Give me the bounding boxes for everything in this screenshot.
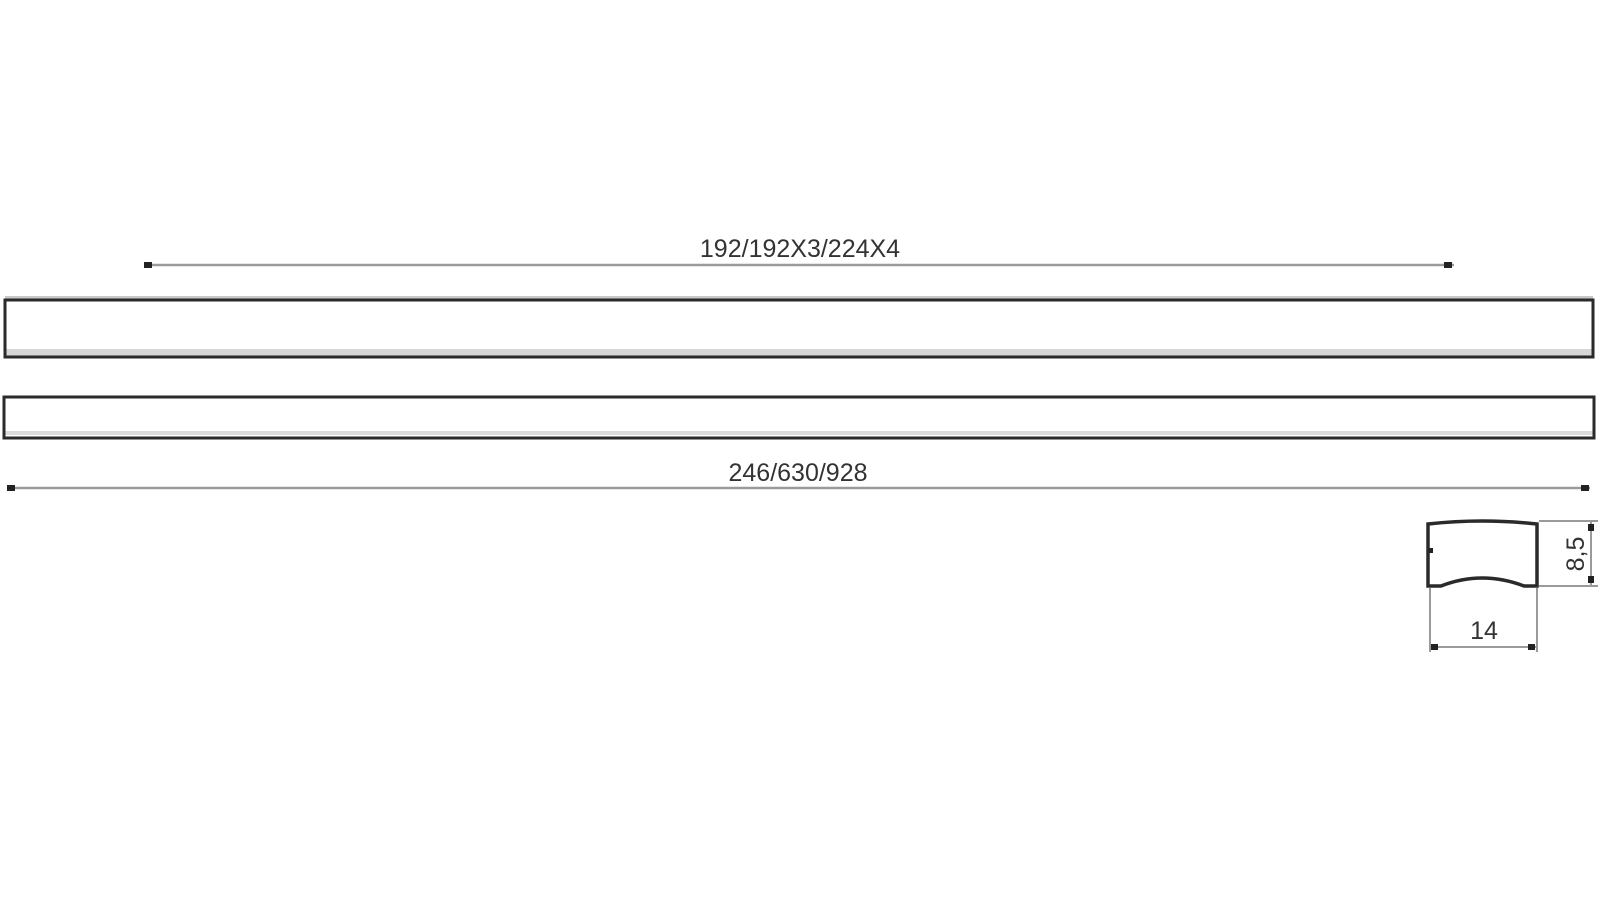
profile-width-arrow-right: [1528, 644, 1535, 650]
hole-spacing-arrow-right: [1444, 262, 1452, 268]
overall-length-arrow-right: [1581, 485, 1589, 491]
technical-drawing: 192/192X3/224X4 246/630/928 14 8,5: [0, 0, 1600, 900]
bar-front-view-shading: [5, 431, 1593, 435]
bar-top-view: [5, 296, 1593, 357]
hole-spacing-arrow-left: [144, 262, 152, 268]
profile-outline: [1428, 521, 1537, 586]
overall-length-label: 246/630/928: [728, 459, 867, 487]
bar-top-view-outline: [5, 300, 1593, 357]
profile-marker: [1429, 548, 1433, 553]
hole-spacing-dimension: 192/192X3/224X4: [144, 235, 1454, 268]
bar-front-view: [4, 397, 1594, 438]
bar-top-view-shading: [5, 349, 1593, 356]
overall-length-arrow-left: [7, 485, 15, 491]
cross-section-profile: 14 8,5: [1428, 521, 1598, 652]
profile-width-label: 14: [1470, 617, 1498, 645]
profile-height-label: 8,5: [1562, 537, 1590, 572]
profile-height-arrow-top: [1588, 524, 1594, 531]
profile-height-arrow-bottom: [1588, 576, 1594, 583]
hole-spacing-label: 192/192X3/224X4: [700, 235, 900, 263]
profile-width-arrow-left: [1431, 644, 1438, 650]
overall-length-dimension: 246/630/928: [7, 459, 1590, 491]
